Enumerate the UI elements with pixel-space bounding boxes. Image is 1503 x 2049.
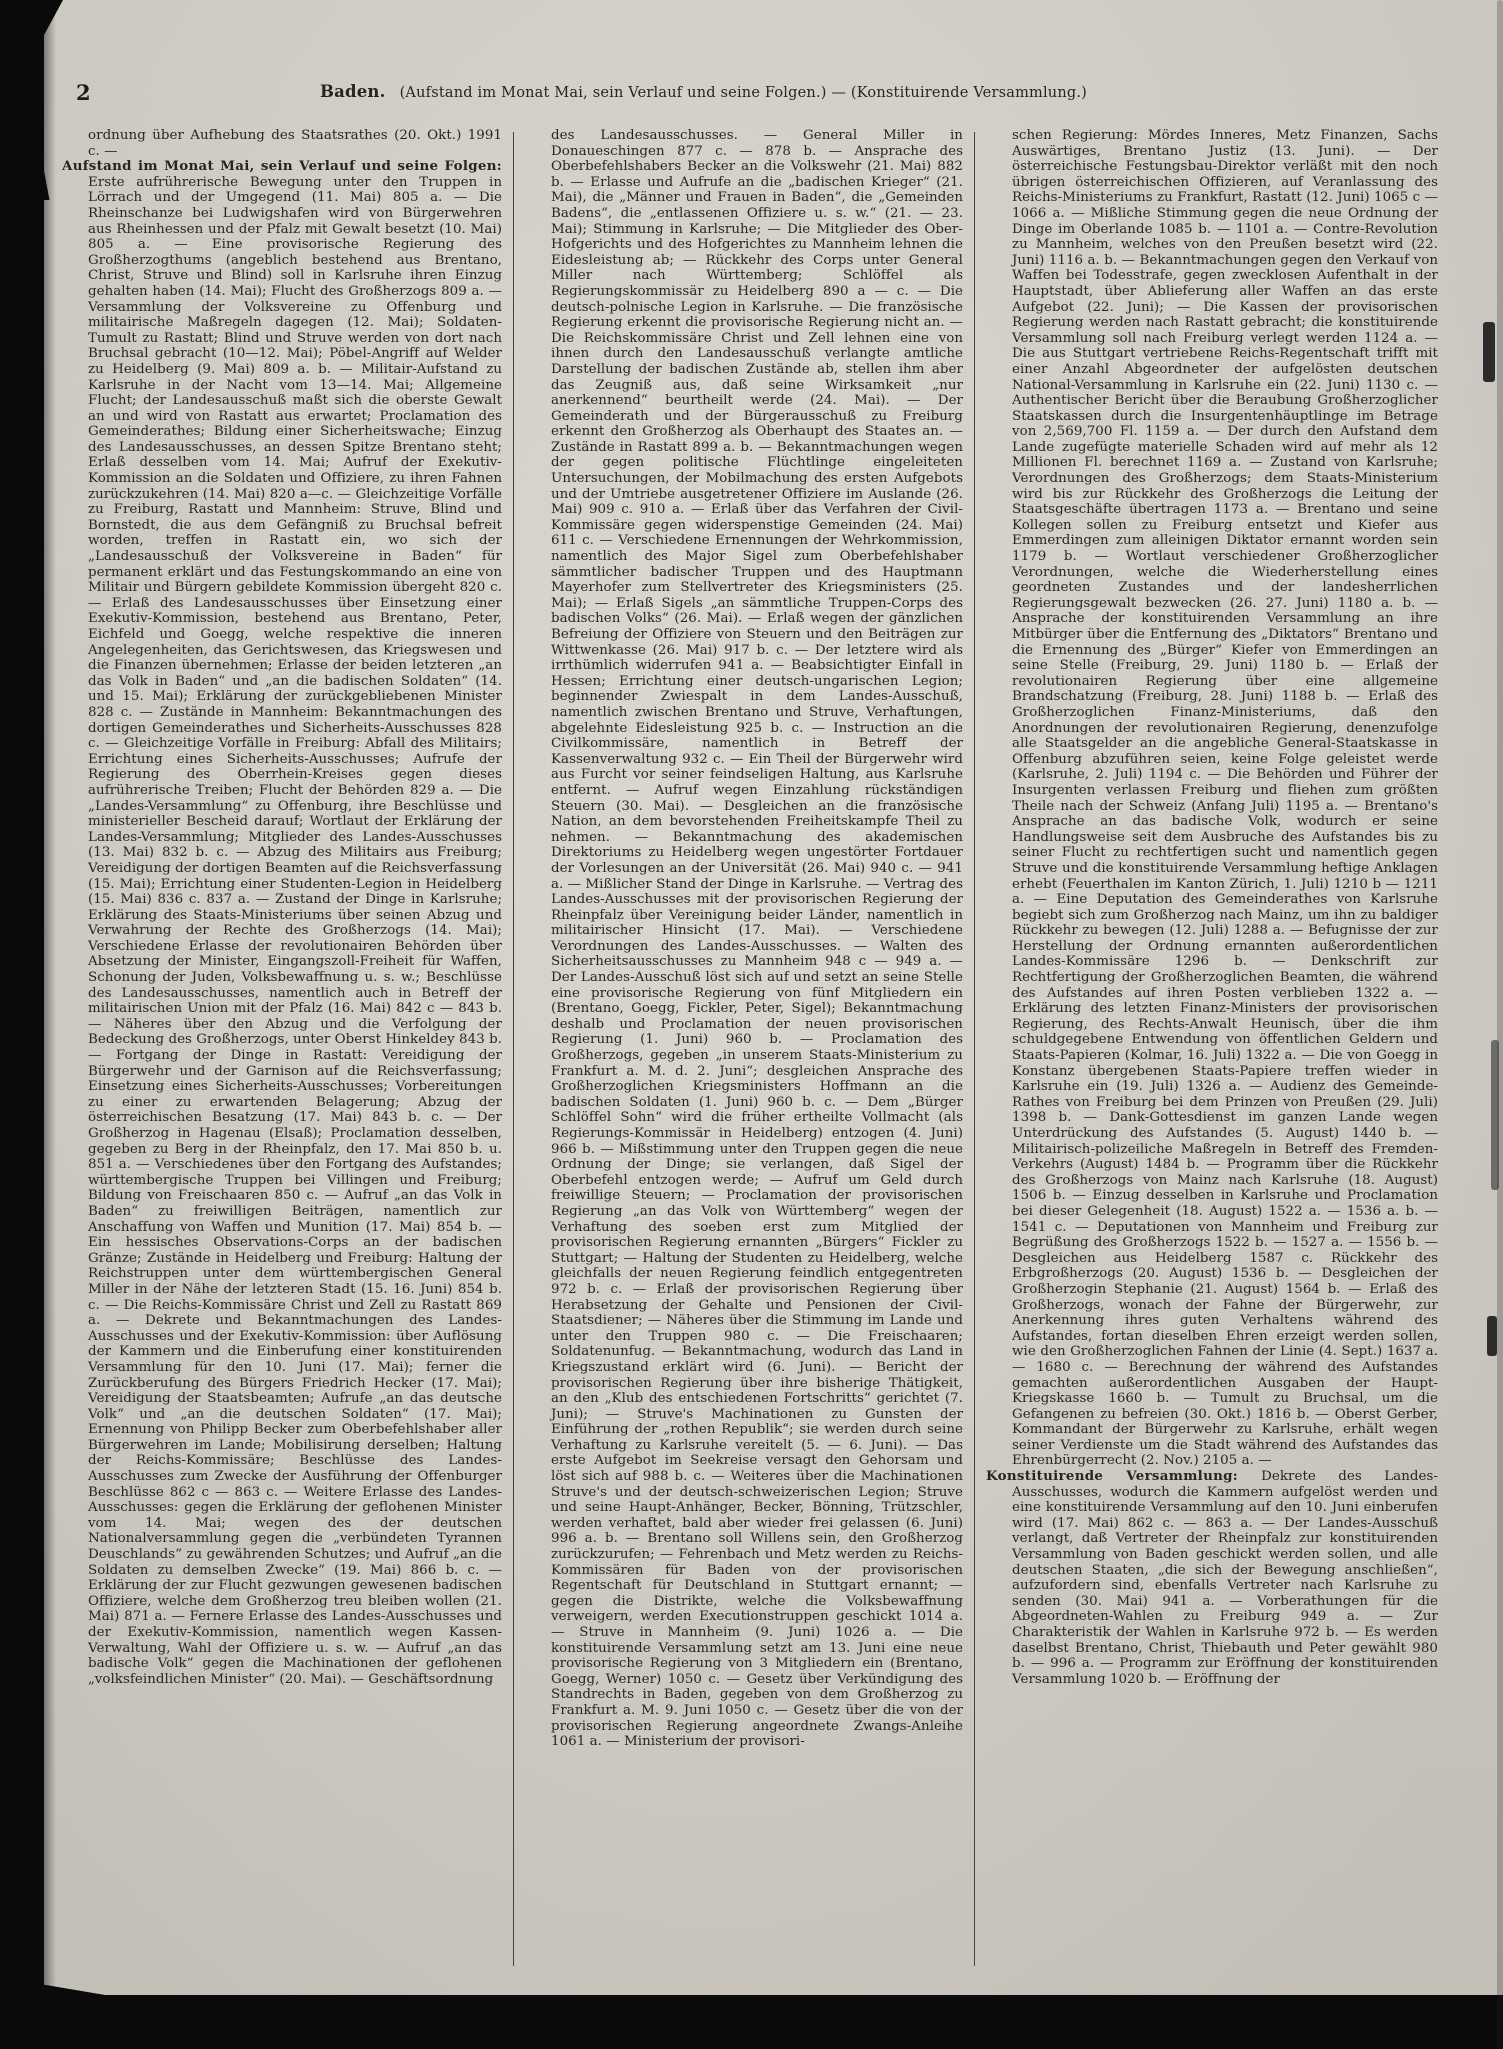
running-title: Baden.(Aufstand im Monat Mai, sein Verla…: [44, 82, 1363, 101]
scan-edge-bottom: [0, 1995, 1503, 2049]
index-paragraph: Konstituirende Versammlung: Dekrete des …: [986, 1469, 1438, 1687]
index-paragraph: Aufstand im Monat Mai, sein Verlauf und …: [62, 159, 502, 1687]
column-divider: [513, 132, 514, 1966]
scan-mark: [1483, 322, 1495, 382]
text-columns: ordnung über Aufhebung des Staatsrathes …: [62, 128, 1442, 1980]
scanned-book-page: 2 Baden.(Aufstand im Monat Mai, sein Ver…: [0, 0, 1503, 2049]
column-3: schen Regierung: Mördes Inneres, Metz Fi…: [986, 128, 1438, 1980]
column-divider: [974, 132, 975, 1966]
running-title-keyword: Baden.: [320, 82, 386, 101]
entry-heading: Aufstand im Monat Mai, sein Verlauf und …: [62, 158, 502, 174]
column-1: ordnung über Aufhebung des Staatsrathes …: [62, 128, 502, 1980]
scan-edge-left-shadow: [40, 0, 56, 2049]
column-2: des Landesausschusses. — General Miller …: [525, 128, 963, 1980]
scan-edge-left: [0, 0, 44, 2049]
page-header: 2 Baden.(Aufstand im Monat Mai, sein Ver…: [44, 74, 1473, 120]
index-paragraph: ordnung über Aufhebung des Staatsrathes …: [62, 128, 502, 159]
scan-mark: [1487, 1316, 1497, 1356]
index-paragraph: des Landesausschusses. — General Miller …: [525, 128, 963, 1750]
entry-heading: Konstituirende Versammlung:: [986, 1468, 1261, 1484]
index-paragraph: schen Regierung: Mördes Inneres, Metz Fi…: [986, 128, 1438, 1469]
scan-edge-right: [1497, 0, 1503, 2049]
running-title-annotation: (Aufstand im Monat Mai, sein Verlauf und…: [400, 85, 1087, 101]
